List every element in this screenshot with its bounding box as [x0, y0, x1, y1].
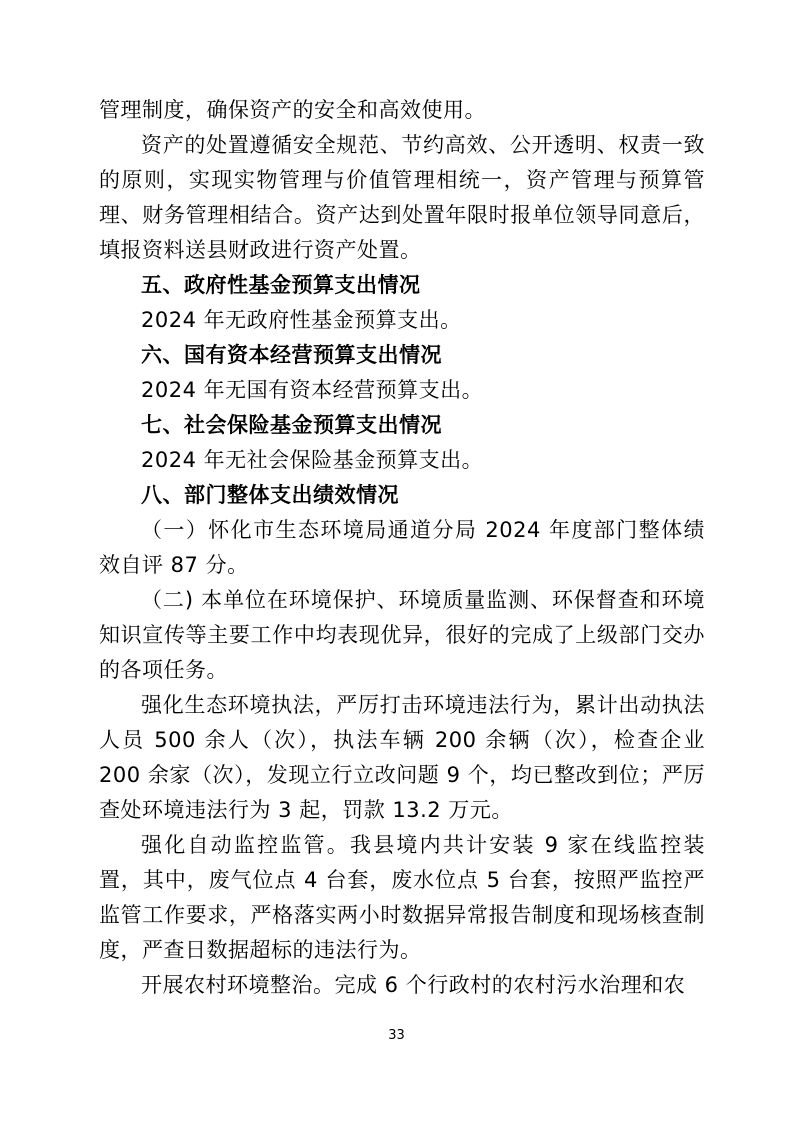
page-content: 管理制度，确保资产的安全和高效使用。资产的处置遵循安全规范、节约高效、公开透明、… [99, 93, 705, 1003]
body-paragraph: （一）怀化市生态环境局通道分局 2024 年度部门整体绩效自评 87 分。 [99, 513, 705, 583]
body-paragraph: 开展农村环境整治。完成 6 个行政村的农村污水治理和农 [99, 968, 705, 1003]
body-paragraph: 资产的处置遵循安全规范、节约高效、公开透明、权责一致的原则，实现实物管理与价值管… [99, 128, 705, 268]
body-paragraph: 2024 年无国有资本经营预算支出。 [99, 373, 705, 408]
document-page: 管理制度，确保资产的安全和高效使用。资产的处置遵循安全规范、节约高效、公开透明、… [0, 0, 793, 1122]
section-heading: 八、部门整体支出绩效情况 [99, 478, 705, 513]
section-heading: 六、国有资本经营预算支出情况 [99, 338, 705, 373]
section-heading: 五、政府性基金预算支出情况 [99, 268, 705, 303]
body-paragraph: （二) 本单位在环境保护、环境质量监测、环保督查和环境知识宣传等主要工作中均表现… [99, 583, 705, 688]
page-number: 33 [388, 1028, 405, 1043]
page-footer: 33 [0, 1024, 793, 1043]
body-paragraph: 2024 年无社会保险基金预算支出。 [99, 443, 705, 478]
section-heading: 七、社会保险基金预算支出情况 [99, 408, 705, 443]
body-paragraph: 强化自动监控监管。我县境内共计安装 9 家在线监控装置，其中，废气位点 4 台套… [99, 828, 705, 968]
body-paragraph: 强化生态环境执法，严厉打击环境违法行为，累计出动执法人员 500 余人（次），执… [99, 688, 705, 828]
body-paragraph: 管理制度，确保资产的安全和高效使用。 [99, 93, 705, 128]
body-paragraph: 2024 年无政府性基金预算支出。 [99, 303, 705, 338]
